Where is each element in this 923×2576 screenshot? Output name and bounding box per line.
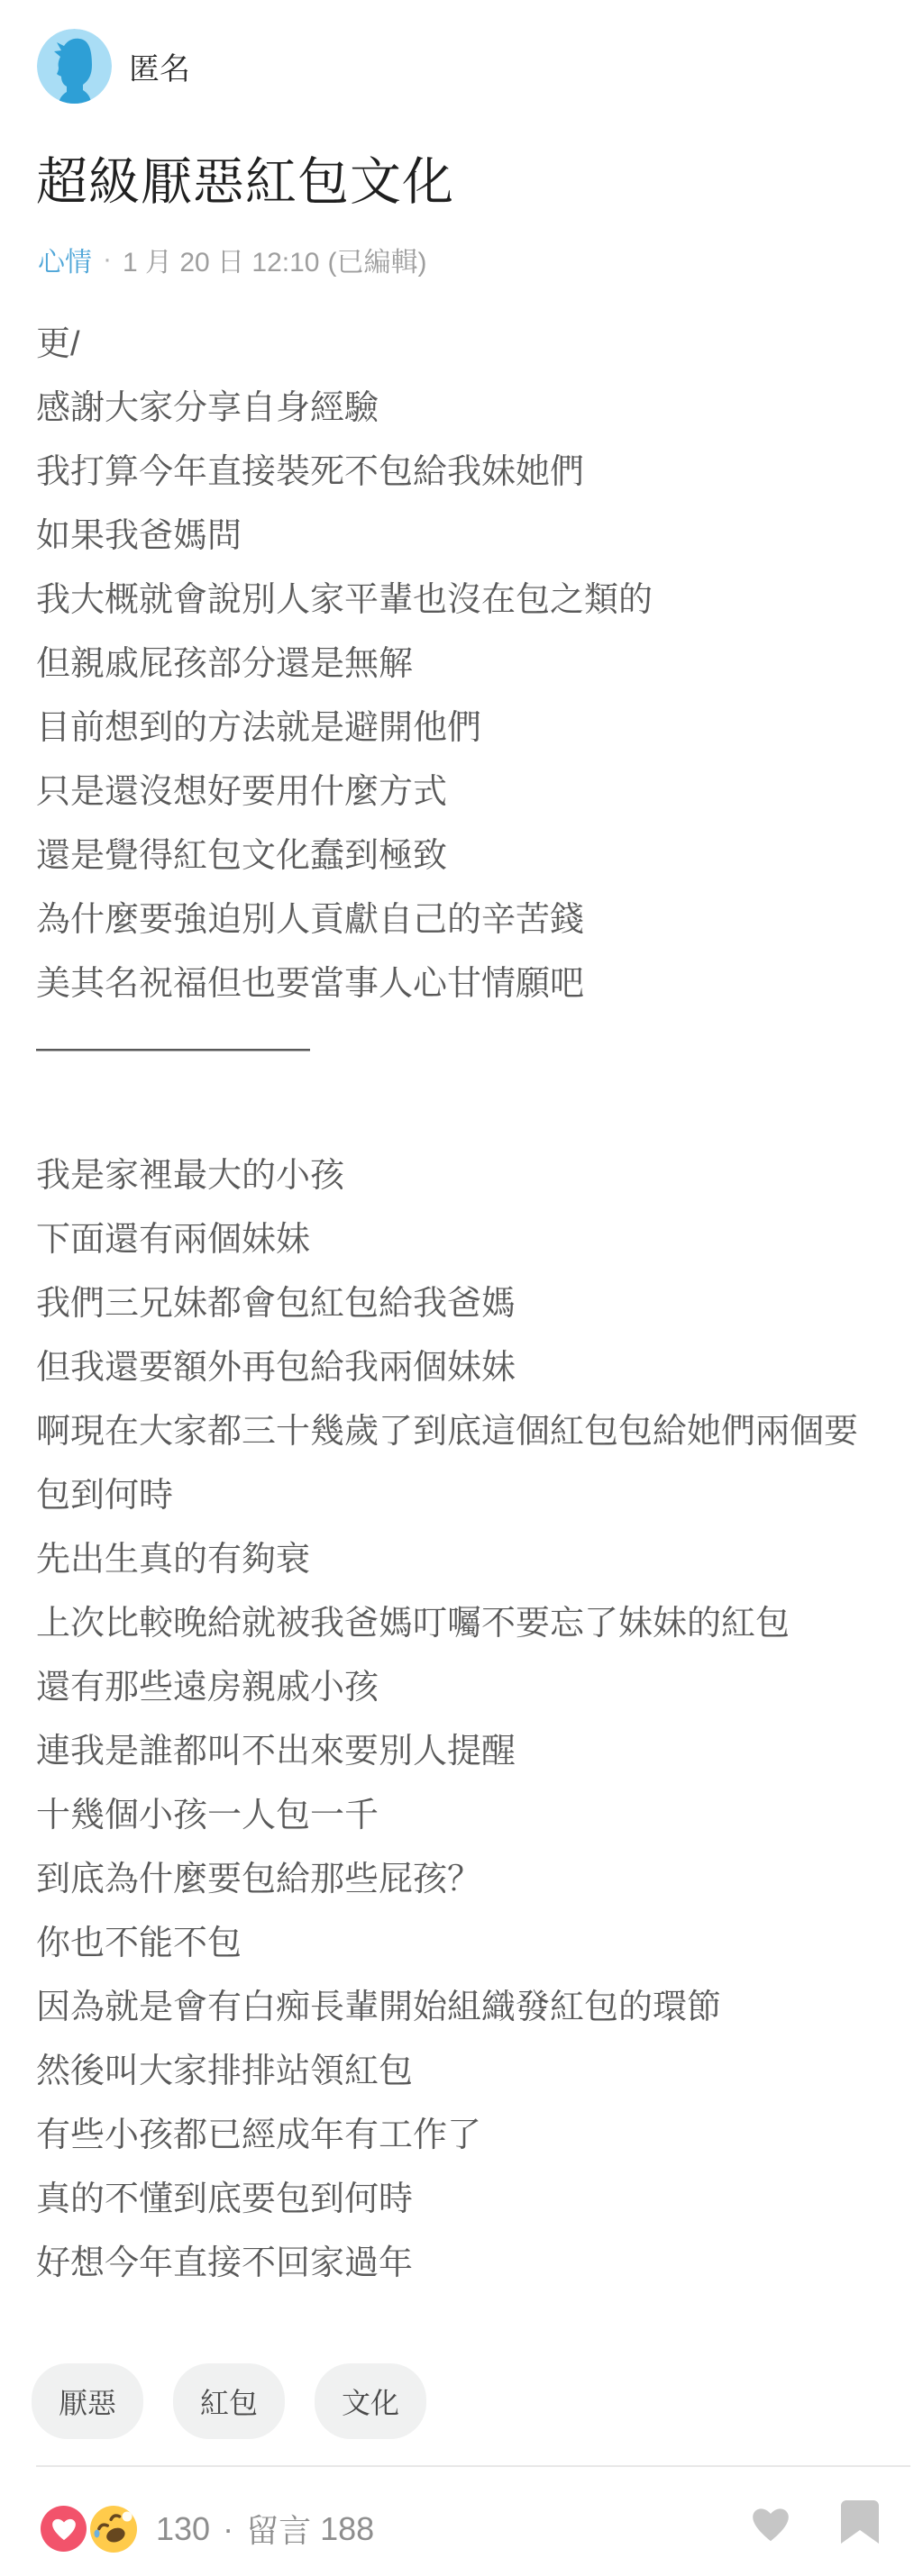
body-line: 我們三兄妹都會包紅包給我爸媽 xyxy=(36,1272,887,1336)
body-line: 連我是誰都叫不出來要別人提醒 xyxy=(36,1720,887,1784)
post-page: 匿名 超級厭惡紅包文化 心情 · 1 月 20 日 12:10 (已編輯) 更/… xyxy=(0,0,923,2576)
body-line: 到底為什麼要包給那些屁孩？ xyxy=(36,1848,887,1912)
body-line: 真的不懂到底要包到何時 xyxy=(36,2168,887,2232)
username: 匿名 xyxy=(129,44,190,88)
reactions-count[interactable]: 130 xyxy=(156,2510,210,2548)
body-line: 更/ xyxy=(36,313,887,377)
body-line: 十幾個小孩一人包一千 xyxy=(36,1784,887,1848)
post-header: 匿名 xyxy=(37,29,190,104)
category-link[interactable]: 心情 xyxy=(38,240,92,279)
body-line: 好想今年直接不回家過年 xyxy=(36,2232,887,2296)
body-line: 只是還沒想好要用什麼方式 xyxy=(36,760,887,824)
comments-count[interactable]: 188 xyxy=(320,2510,374,2548)
tag-pill[interactable]: 厭惡 xyxy=(32,2363,143,2439)
post-meta: 心情 · 1 月 20 日 12:10 (已編輯) xyxy=(38,240,426,279)
anonymous-avatar-icon xyxy=(37,29,112,104)
like-heart-icon[interactable] xyxy=(750,2503,791,2545)
body-line: 上次比較晚給就被我爸媽叮囑不要忘了妹妹的紅包 xyxy=(36,1592,887,1656)
body-line: 我是家裡最大的小孩 xyxy=(36,1144,887,1208)
avatar xyxy=(37,29,112,104)
footer-divider xyxy=(36,2465,910,2467)
body-line: 為什麼要強迫別人貢獻自己的辛苦錢 xyxy=(36,888,887,952)
body-line: 下面還有兩個妹妹 xyxy=(36,1208,887,1272)
body-blank-line xyxy=(36,1080,887,1144)
comments-label[interactable]: 留言 xyxy=(246,2506,311,2552)
body-line: 啊現在大家都三十幾歲了到底這個紅包包給她們兩個要 xyxy=(36,1400,887,1464)
body-line: 先出生真的有夠衰 xyxy=(36,1528,887,1592)
body-line: 還是覺得紅包文化蠢到極致 xyxy=(36,824,887,888)
post-title: 超級厭惡紅包文化 xyxy=(36,141,454,214)
body-line: 但親戚屁孩部分還是無解 xyxy=(36,633,887,696)
body-line: 目前想到的方法就是避開他們 xyxy=(36,696,887,760)
rofl-reaction-icon[interactable] xyxy=(90,2506,137,2553)
body-line: ———————— xyxy=(36,1016,887,1080)
tag-pill[interactable]: 紅包 xyxy=(173,2363,285,2439)
tag-pill[interactable]: 文化 xyxy=(315,2363,426,2439)
bookmark-icon[interactable] xyxy=(841,2500,879,2544)
heart-reaction-icon[interactable] xyxy=(41,2506,87,2552)
body-line: 因為就是會有白痴長輩開始組織發紅包的環節 xyxy=(36,1976,887,2040)
body-line: 你也不能不包 xyxy=(36,1912,887,1976)
body-line: 美其名祝福但也要當事人心甘情願吧 xyxy=(36,952,887,1016)
body-line: 有些小孩都已經成年有工作了 xyxy=(36,2104,887,2168)
footer-counts[interactable]: 130 · 留言 188 xyxy=(156,2506,374,2552)
body-line: 然後叫大家排排站領紅包 xyxy=(36,2040,887,2104)
meta-separator: · xyxy=(103,244,112,275)
body-line: 包到何時 xyxy=(36,1464,887,1528)
tag-list: 厭惡紅包文化 xyxy=(32,2363,426,2439)
body-line: 如果我爸媽問 xyxy=(36,505,887,569)
body-line: 感謝大家分享自身經驗 xyxy=(36,377,887,441)
timestamp: 1 月 20 日 12:10 xyxy=(123,240,319,279)
counts-separator: · xyxy=(223,2510,233,2548)
body-line: 但我還要額外再包給我兩個妹妹 xyxy=(36,1336,887,1400)
body-line: 我大概就會說別人家平輩也沒在包之類的 xyxy=(36,569,887,633)
body-line: 我打算今年直接裝死不包給我妹她們 xyxy=(36,441,887,505)
edited-label: (已編輯) xyxy=(327,240,426,279)
post-body: 更/感謝大家分享自身經驗我打算今年直接裝死不包給我妹她們如果我爸媽問我大概就會說… xyxy=(36,313,887,2296)
body-line: 還有那些遠房親戚小孩 xyxy=(36,1656,887,1720)
